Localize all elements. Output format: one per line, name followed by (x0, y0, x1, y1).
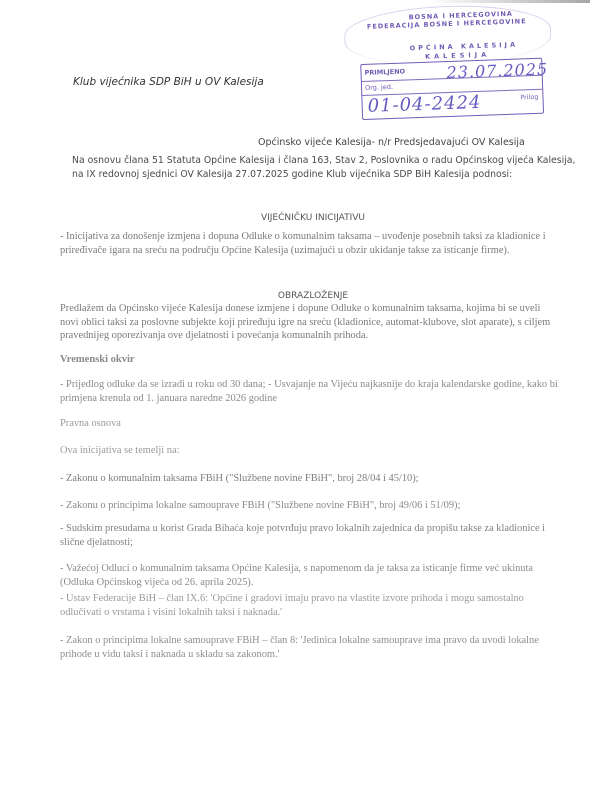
explanation-heading: OBRAZLOŽENJE (18, 291, 590, 301)
legal-basis-intro: Ova inicijativa se temelji na: (60, 444, 560, 458)
page-edge-shadow (430, 0, 590, 3)
stamp-received-label: PRIMLJENO (364, 67, 405, 76)
legal-item: - Sudskim presudama u korist Grada Bihać… (60, 522, 560, 549)
timeframe-text: - Prijedlog odluke da se izradi u roku o… (60, 378, 560, 405)
legal-item: - Važećoj Odluci o komunalnim taksama Op… (60, 562, 560, 589)
explanation-text: Predlažem da Općinsko vijeće Kalesija do… (60, 302, 560, 343)
stamp-handwritten-number: 01-04-2424 (367, 92, 481, 117)
stamp-handwritten-date: 23.07.2025 (446, 60, 548, 83)
legal-item: - Ustav Federacije BiH – član IX.6: 'Opć… (60, 592, 560, 619)
initiative-heading: VIJEĆNIČKU INICIJATIVU (18, 213, 590, 223)
stamp-org-label: Org. jed. (365, 83, 393, 92)
legal-item: - Zakon o principima lokalne samouprave … (60, 634, 560, 661)
stamp-registry-box: PRIMLJENO Org. jed. Prilog 23.07.2025 01… (360, 58, 544, 120)
registry-stamp: BOSNA I HERCEGOVINA FEDERACIJA BOSNE I H… (338, 2, 556, 109)
legal-item: - Zakonu o komunalnim taksama FBiH ("Slu… (60, 472, 560, 486)
initiative-text: - Inicijativa za donošenje izmjena i dop… (60, 230, 560, 257)
sender-club: Klub vijećnika SDP BiH u OV Kalesija (73, 76, 264, 88)
timeframe-title: Vremenski okvir (60, 353, 560, 367)
legal-item: - Zakonu o principima lokalne samouprave… (60, 499, 560, 513)
intro-paragraph: Na osnovu člana 51 Statuta Općine Kalesi… (72, 154, 582, 182)
stamp-attachment-label: Prilog (520, 93, 538, 102)
legal-basis-title: Pravna osnova (60, 417, 560, 431)
addressee-line: Općinsko vijeće Kalesija- n/r Predsjedav… (258, 137, 525, 148)
